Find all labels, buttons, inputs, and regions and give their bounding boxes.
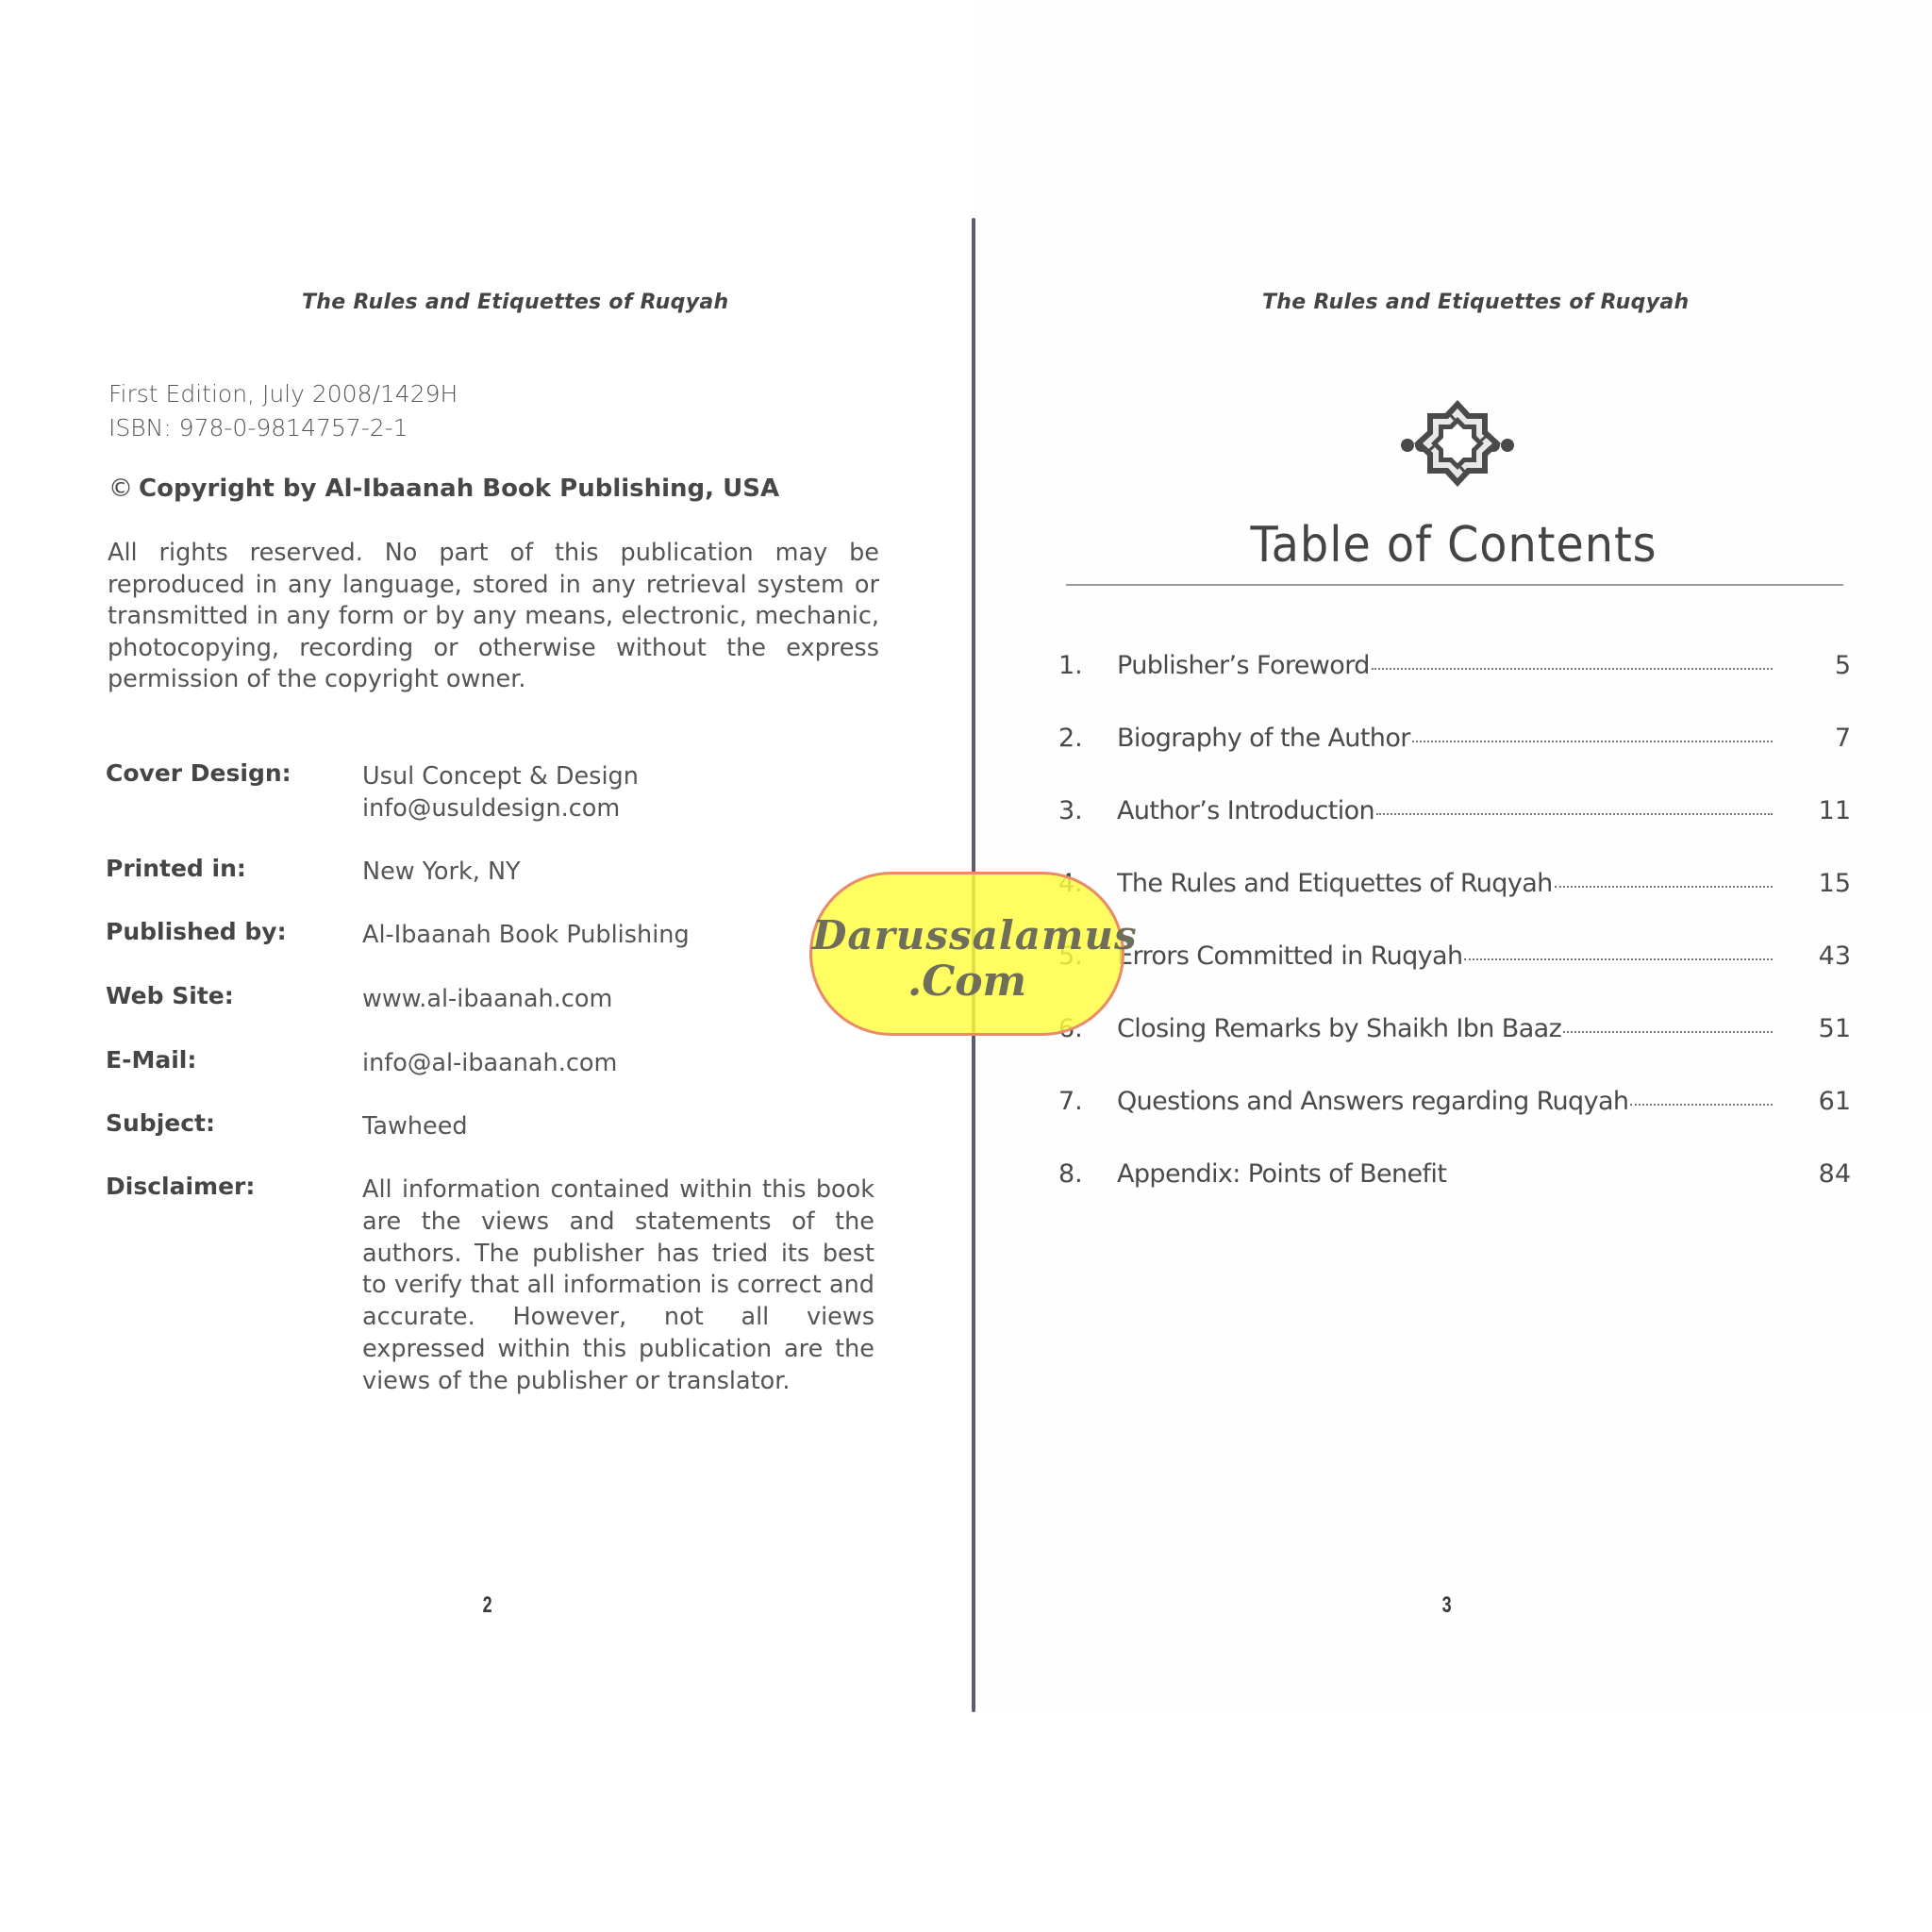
toc-entry-title: The Rules and Etiquettes of Ruqyah bbox=[1117, 869, 1553, 898]
left-page: The Rules and Etiquettes of Ruqyah First… bbox=[0, 0, 972, 1713]
toc-entry-page: 11 bbox=[1819, 796, 1851, 825]
detail-label: Cover Design: bbox=[106, 759, 291, 787]
detail-value: info@al-ibaanah.com bbox=[362, 1048, 874, 1080]
detail-value: www.al-ibaanah.com bbox=[362, 984, 874, 1016]
toc-dot-leader bbox=[1412, 740, 1773, 742]
toc-entry-title-wrap: The Rules and Etiquettes of Ruqyah bbox=[1117, 869, 1773, 898]
right-page: The Rules and Etiquettes of Ruqyah bbox=[975, 0, 1932, 1713]
toc-entry-title: Publisher’s Foreword bbox=[1117, 651, 1370, 680]
copyright-icon: © bbox=[108, 475, 133, 503]
toc-entry-number: 7. bbox=[1058, 1087, 1083, 1116]
detail-value: New York, NY bbox=[362, 857, 874, 889]
edition-info: First Edition, July 2008/1429H ISBN: 978… bbox=[108, 377, 458, 445]
page-number-left: 2 bbox=[483, 1592, 492, 1619]
running-head-left: The Rules and Etiquettes of Ruqyah bbox=[302, 291, 728, 314]
copyright-line: ©Copyright by Al-Ibaanah Book Publishing… bbox=[108, 475, 779, 503]
detail-value: Tawheed bbox=[362, 1111, 874, 1143]
page-number-right: 3 bbox=[1442, 1592, 1452, 1619]
toc-entry-page: 61 bbox=[1819, 1087, 1851, 1116]
toc-entry-title: Closing Remarks by Shaikh Ibn Baaz bbox=[1117, 1014, 1561, 1043]
toc-entry-title: Errors Committed in Ruqyah bbox=[1117, 941, 1462, 971]
running-head-right: The Rules and Etiquettes of Ruqyah bbox=[1262, 291, 1689, 314]
watermark-badge: Darussalamus .Com bbox=[809, 872, 1124, 1036]
toc-entry-title: Biography of the Author bbox=[1117, 724, 1410, 753]
toc-entry-page: 15 bbox=[1819, 869, 1851, 898]
watermark-line1: Darussalamus bbox=[812, 912, 1122, 958]
toc-dot-leader bbox=[1555, 885, 1773, 888]
toc-entry-title-wrap: Biography of the Author bbox=[1117, 724, 1773, 753]
toc-entry-title-wrap: Publisher’s Foreword bbox=[1117, 651, 1773, 680]
toc-entry[interactable]: 8.Appendix: Points of Benefit84 bbox=[1058, 1159, 1851, 1197]
detail-label: Disclaimer: bbox=[106, 1173, 255, 1200]
detail-value: Al-Ibaanah Book Publishing bbox=[362, 920, 874, 952]
copyright-text: Copyright by Al-Ibaanah Book Publishing,… bbox=[139, 475, 779, 503]
disclaimer-text: All information contained within this bo… bbox=[362, 1174, 874, 1398]
toc-entry[interactable]: 7.Questions and Answers regarding Ruqyah… bbox=[1058, 1087, 1851, 1124]
rights-paragraph: All rights reserved. No part of this pub… bbox=[108, 538, 879, 696]
detail-label: Web Site: bbox=[106, 982, 234, 1009]
toc-entry[interactable]: 3.Author’s Introduction11 bbox=[1058, 796, 1851, 834]
toc-entry[interactable]: 1.Publisher’s Foreword5 bbox=[1058, 651, 1851, 689]
detail-label: Subject: bbox=[106, 1109, 215, 1137]
toc-entry-page: 43 bbox=[1819, 941, 1851, 971]
book-spread: The Rules and Etiquettes of Ruqyah First… bbox=[0, 0, 1932, 1713]
detail-label: Printed in: bbox=[106, 855, 246, 882]
toc-entry-title: Author’s Introduction bbox=[1117, 796, 1374, 825]
toc-entry-title-wrap: Errors Committed in Ruqyah bbox=[1117, 941, 1773, 971]
toc-entry[interactable]: 5.Errors Committed in Ruqyah43 bbox=[1058, 941, 1851, 979]
toc-dot-leader bbox=[1630, 1103, 1773, 1106]
toc-heading: Table of Contents bbox=[1014, 517, 1894, 574]
toc-entry-title-wrap: Questions and Answers regarding Ruqyah bbox=[1117, 1087, 1773, 1116]
toc-entry-page: 51 bbox=[1819, 1014, 1851, 1043]
cover-designer: Usul Concept & Design bbox=[362, 761, 874, 793]
toc-entry-number: 3. bbox=[1058, 796, 1083, 825]
isbn-line: ISBN: 978-0-9814757-2-1 bbox=[108, 411, 458, 445]
toc-heading-rule bbox=[1066, 584, 1843, 586]
edition-line: First Edition, July 2008/1429H bbox=[108, 377, 458, 411]
toc-entry-title: Appendix: Points of Benefit bbox=[1117, 1159, 1446, 1189]
toc-entry[interactable]: 4.The Rules and Etiquettes of Ruqyah15 bbox=[1058, 869, 1851, 907]
toc-entry[interactable]: 6.Closing Remarks by Shaikh Ibn Baaz51 bbox=[1058, 1014, 1851, 1052]
detail-label: Published by: bbox=[106, 918, 287, 945]
toc-entry-title-wrap: Author’s Introduction bbox=[1117, 796, 1773, 825]
toc-entry-page: 7 bbox=[1835, 724, 1851, 753]
toc-entry-number: 8. bbox=[1058, 1159, 1083, 1189]
toc-entry-page: 84 bbox=[1819, 1159, 1851, 1189]
toc-entry[interactable]: 2.Biography of the Author7 bbox=[1058, 724, 1851, 761]
eight-point-star-ornament-icon bbox=[1368, 387, 1547, 491]
watermark-line2: .Com bbox=[812, 958, 1122, 1006]
toc-dot-leader bbox=[1372, 667, 1773, 670]
toc-entry-title-wrap: Appendix: Points of Benefit bbox=[1117, 1159, 1773, 1189]
toc-dot-leader bbox=[1563, 1030, 1773, 1033]
toc-entry-title: Questions and Answers regarding Ruqyah bbox=[1117, 1087, 1628, 1116]
toc-entry-number: 1. bbox=[1058, 651, 1083, 680]
toc-dot-leader bbox=[1376, 812, 1773, 815]
toc-entry-title-wrap: Closing Remarks by Shaikh Ibn Baaz bbox=[1117, 1014, 1773, 1043]
detail-label: E-Mail: bbox=[106, 1046, 196, 1074]
toc-entry-page: 5 bbox=[1835, 651, 1851, 680]
detail-value: Usul Concept & Design info@usuldesign.co… bbox=[362, 761, 874, 825]
cover-designer-email: info@usuldesign.com bbox=[362, 793, 874, 825]
toc-entry-number: 2. bbox=[1058, 724, 1083, 753]
toc-dot-leader bbox=[1464, 958, 1773, 960]
